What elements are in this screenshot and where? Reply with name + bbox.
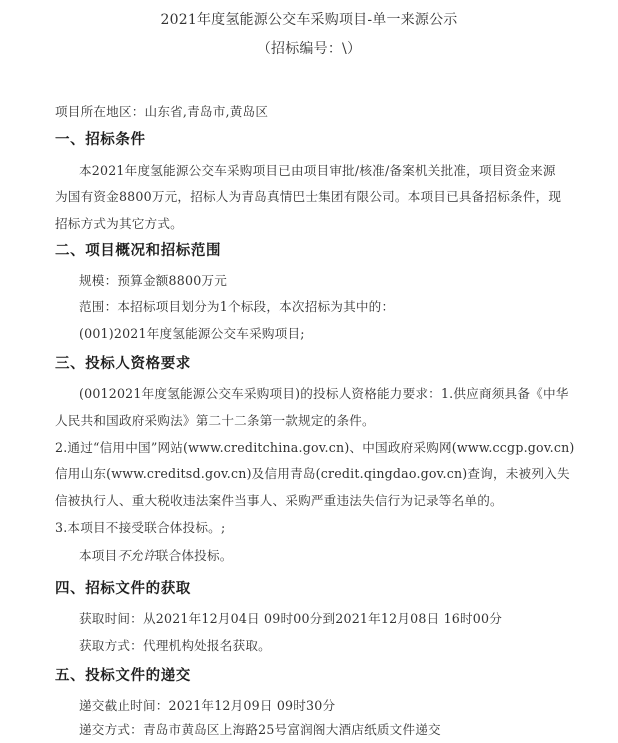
section-2-line: 范围：本招标项目划分为1个标段，本次招标为其中的： <box>79 299 394 315</box>
project-region: 项目所在地区：山东省,青岛市,黄岛区 <box>55 104 268 120</box>
document-subtitle: （招标编号：\） <box>0 41 618 57</box>
section-5-line: 递交方式：青岛市黄岛区上海路25号富润阁大酒店纸质文件递交 <box>79 722 441 738</box>
joint-bid-statement: 本项目不允许联合体投标。 <box>79 548 233 564</box>
section-4-line: 获取方式：代理机构处报名获取。 <box>79 638 271 654</box>
section-heading-3: 三、投标人资格要求 <box>55 356 191 372</box>
section-5-line: 递交截止时间：2021年12月09日 09时30分 <box>79 698 335 714</box>
joint-bid-prefix: 本项目 <box>79 548 117 563</box>
section-1-line: 为国有资金8800万元，招标人为青岛真情巴士集团有限公司。本项目已具备招标条件，… <box>55 189 561 205</box>
section-heading-2: 二、项目概况和招标范围 <box>55 243 221 259</box>
section-3-line: 3.本项目不接受联合体投标。; <box>55 520 225 536</box>
section-2-line: 规模：预算金额8800万元 <box>79 273 227 289</box>
section-3-line: (0012021年度氢能源公交车采购项目)的投标人资格能力要求：1.供应商须具备… <box>79 386 569 402</box>
section-3-line: 2.通过“信用中国”网站(www.creditchina.gov.cn)、中国政… <box>55 440 575 456</box>
section-1-line: 招标方式为其它方式。 <box>55 216 183 232</box>
section-heading-1: 一、招标条件 <box>55 132 146 148</box>
section-heading-5: 五、投标文件的递交 <box>55 668 191 684</box>
joint-bid-italic: 不允许 <box>117 548 155 563</box>
document-page: 2021年度氢能源公交车采购项目-单一来源公示 （招标编号：\） 项目所在地区：… <box>0 0 618 743</box>
section-3-line: 信用山东(www.creditsd.gov.cn)及信用青岛(credit.qi… <box>55 466 570 482</box>
section-3-line: 人民共和国政府采购法》第二十二条第一款规定的条件。 <box>55 413 375 429</box>
document-title: 2021年度氢能源公交车采购项目-单一来源公示 <box>0 12 618 28</box>
section-1-line: 本2021年度氢能源公交车采购项目已由项目审批/核准/备案机关批准，项目资金来源 <box>79 163 556 179</box>
section-4-line: 获取时间：从2021年12月04日 09时00分到2021年12月08日 16时… <box>79 611 502 627</box>
section-2-line: (001)2021年度氢能源公交车采购项目; <box>79 326 305 342</box>
section-heading-4: 四、招标文件的获取 <box>55 581 191 597</box>
joint-bid-suffix: 联合体投标。 <box>156 548 233 563</box>
section-3-line: 信被执行人、重大税收违法案件当事人、采购严重违法失信行为记录等名单的。 <box>55 493 503 509</box>
